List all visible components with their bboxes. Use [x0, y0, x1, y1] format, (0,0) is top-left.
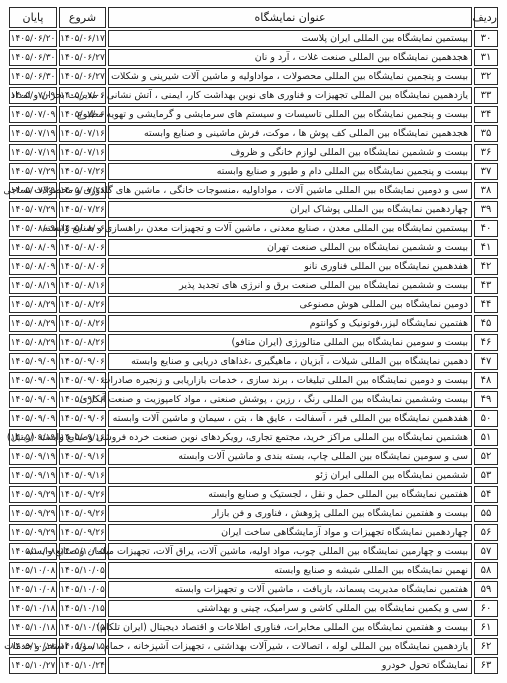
table-row: ۴۲ هفدهمین نمایشگاه بین المللی فناوری نا… — [9, 258, 498, 275]
start-date-cell: ۱۴۰۵/۰۶/۲۷ — [59, 68, 106, 85]
exhibition-title-cell: بیست وششمین نمایشگاه بین المللی رنگ ، رز… — [108, 391, 472, 408]
exhibition-title-text: بیست و هفتمین نمایشگاه بین المللی مخابرا… — [96, 622, 468, 633]
end-date-cell: ۱۴۰۵/۰۸/۰۹ — [9, 239, 57, 256]
exhibition-title-cell: بیست و هفتمین نمایشگاه بین المللی پژوهش … — [108, 505, 472, 522]
start-date-cell: ۱۴۰۵/۰۹/۱۶ — [59, 448, 106, 465]
end-date-cell: ۱۴۰۵/۰۹/۰۹ — [9, 410, 57, 427]
start-date-cell: ۱۴۰۵/۰۸/۰۶ — [59, 239, 106, 256]
exhibition-title-cell: بیست و پنجمین نمایشگاه بین المللی محصولا… — [108, 68, 472, 85]
row-number-cell: ۳۹ — [474, 201, 498, 218]
row-number-cell: ۴۳ — [474, 277, 498, 294]
end-date-cell: ۱۴۰۵/۰۹/۲۹ — [9, 505, 57, 522]
end-date-cell: ۱۴۰۵/۰۹/۲۹ — [9, 524, 57, 541]
row-number-cell: ۳۶ — [474, 144, 498, 161]
exhibition-title-cell: هفتمین نمایشگاه بین المللی حمل و نقل ، ل… — [108, 486, 472, 503]
row-number-cell: ۶۲ — [474, 638, 498, 655]
end-date-cell: ۱۴۰۵/۱۰/۱۸ — [9, 619, 57, 636]
row-number-cell: ۳۳ — [474, 87, 498, 104]
exhibition-title-text: هجدهمین نمایشگاه بین المللی کف پوش ها ، … — [144, 128, 468, 139]
row-number-cell: ۵۷ — [474, 543, 498, 560]
end-date-cell: ۱۴۰۵/۰۷/۱۹ — [9, 144, 57, 161]
end-date-cell: ۱۴۰۵/۱۰/۱۸ — [9, 600, 57, 617]
exhibition-title-cell: دهمین نمایشگاه بین المللی شیلات ، آبزیان… — [108, 353, 472, 370]
exhibition-title-cell: دومین نمایشگاه بین المللی هوش مصنوعی — [108, 296, 472, 313]
header-row: ردیف عنوان نمایشگاه شروع پایان — [9, 7, 498, 28]
row-number-cell: ۴۰ — [474, 220, 498, 237]
row-number-cell: ۵۹ — [474, 581, 498, 598]
document-page: ردیف عنوان نمایشگاه شروع پایان ۳۰ بیستمی… — [0, 0, 507, 683]
table-row: ۵۲ سی و سومین نمایشگاه بین المللی چاپ، ب… — [9, 448, 498, 465]
table-row: ۵۰ هفدهمین نمایشگاه بین المللی قیر ، آسف… — [9, 410, 498, 427]
row-number-cell: ۵۶ — [474, 524, 498, 541]
exhibition-title-cell: بیست و چهارمین نمایشگاه بین المللی چوب، … — [108, 543, 472, 560]
start-date-cell: ۱۴۰۵/۰۹/۱۶ — [59, 467, 106, 484]
exhibition-title-cell: بیست و سومین نمایشگاه بین المللی متالورژ… — [108, 334, 472, 351]
table-row: ۳۹ چهاردهمین نمایشگاه بین المللی پوشاک ا… — [9, 201, 498, 218]
end-date-cell: ۱۴۰۵/۰۸/۲۹ — [9, 315, 57, 332]
column-header-row-number: ردیف — [474, 7, 498, 28]
row-number-cell: ۳۲ — [474, 68, 498, 85]
end-date-cell: ۱۴۰۵/۰۸/۲۹ — [9, 334, 57, 351]
table-row: ۵۴ هفتمین نمایشگاه بین المللی حمل و نقل … — [9, 486, 498, 503]
exhibition-title-cell: هجدهمین نمایشگاه بین المللی صنعت غلات ، … — [108, 49, 472, 66]
row-number-cell: ۴۴ — [474, 296, 498, 313]
exhibition-title-cell: چهاردهمین نمایشگاه تجهیزات و مواد آزمایش… — [108, 524, 472, 541]
row-number-cell: ۳۸ — [474, 182, 498, 199]
row-number-cell: ۵۴ — [474, 486, 498, 503]
exhibition-title-text: بیستمین نمایشگاه بین المللی معدن ، صنایع… — [43, 223, 468, 234]
exhibition-title-text: هفتمین نمایشگاه مدیریت پسماند، بازیافت ،… — [175, 584, 468, 595]
row-number-cell: ۶۰ — [474, 600, 498, 617]
exhibition-title-cell: هفتمین نمایشگاه مدیریت پسماند، بازیافت ،… — [108, 581, 472, 598]
row-number-cell: ۵۳ — [474, 467, 498, 484]
exhibition-title-text: بیست و هفتمین نمایشگاه بین المللی پژوهش … — [212, 508, 468, 519]
row-number-cell: ۶۱ — [474, 619, 498, 636]
end-date-cell: ۱۴۰۵/۱۰/۰۸ — [9, 581, 57, 598]
row-number-cell: ۵۵ — [474, 505, 498, 522]
end-date-cell: ۱۴۰۵/۰۶/۳۰ — [9, 68, 57, 85]
row-number-cell: ۴۵ — [474, 315, 498, 332]
end-date-cell: ۱۴۰۵/۰۶/۳۰ — [9, 49, 57, 66]
end-date-cell: ۱۴۰۵/۰۸/۲۹ — [9, 296, 57, 313]
exhibitions-table: ردیف عنوان نمایشگاه شروع پایان ۳۰ بیستمی… — [7, 5, 500, 676]
exhibition-title-cell: نمایشگاه تحول خودرو — [108, 657, 472, 674]
exhibition-title-text: بیست و پنجمین نمایشگاه بین المللی محصولا… — [111, 71, 468, 82]
table-row: ۶۱ بیست و هفتمین نمایشگاه بین المللی مخا… — [9, 619, 498, 636]
exhibition-title-cell: هشتمین نمایشگاه بین المللی مراکز خرید، م… — [108, 429, 472, 446]
exhibition-title-cell: بیست و ششمین نمایشگاه بین المللی صنعت بر… — [108, 277, 472, 294]
exhibition-title-text: بیست و دومین نمایشگاه بین المللی تبلیغات… — [101, 375, 468, 386]
table-row: ۵۳ ششمین نمایشگاه بین المللی ایران ژئو ۱… — [9, 467, 498, 484]
start-date-cell: ۱۴۰۵/۰۷/۱۶ — [59, 144, 106, 161]
exhibition-title-text: بیستمین نمایشگاه بین المللی ایران پلاست — [301, 33, 468, 44]
start-date-cell: ۱۴۰۵/۱۰/۲۴ — [59, 657, 106, 674]
column-header-end-date: پایان — [9, 7, 57, 28]
exhibition-title-cell: بیست و ششمین نمایشگاه بین المللی صنعت ته… — [108, 239, 472, 256]
row-number-cell: ۶۳ — [474, 657, 498, 674]
row-number-cell: ۳۱ — [474, 49, 498, 66]
exhibition-title-text: دومین نمایشگاه بین المللی هوش مصنوعی — [299, 299, 468, 310]
exhibition-title-text: بیست و پنجمین نمایشگاه بین المللی دام و … — [217, 166, 468, 177]
exhibition-title-cell: بیست و ششمین نمایشگاه بین المللی لوازم خ… — [108, 144, 472, 161]
exhibition-title-text: بیست وششمین نمایشگاه بین المللی رنگ ، رز… — [80, 394, 468, 405]
table-row: ۳۸ سی و دومین نمایشگاه بین المللی ماشین … — [9, 182, 498, 199]
exhibition-title-cell: هجدهمین نمایشگاه بین المللی کف پوش ها ، … — [108, 125, 472, 142]
column-header-start-date: شروع — [59, 7, 106, 28]
table-row: ۴۸ بیست و دومین نمایشگاه بین المللی تبلی… — [9, 372, 498, 389]
start-date-cell: ۱۴۰۵/۰۸/۲۶ — [59, 296, 106, 313]
row-number-cell: ۵۱ — [474, 429, 498, 446]
table-row: ۵۵ بیست و هفتمین نمایشگاه بین المللی پژو… — [9, 505, 498, 522]
table-row: ۵۶ چهاردهمین نمایشگاه تجهیزات و مواد آزم… — [9, 524, 498, 541]
end-date-cell: ۱۴۰۵/۰۷/۲۹ — [9, 201, 57, 218]
table-row: ۳۷ بیست و پنجمین نمایشگاه بین المللی دام… — [9, 163, 498, 180]
exhibition-title-text: ششمین نمایشگاه بین المللی ایران ژئو — [315, 470, 468, 481]
table-row: ۴۹ بیست وششمین نمایشگاه بین المللی رنگ ،… — [9, 391, 498, 408]
end-date-cell: ۱۴۰۵/۱۰/۰۸ — [9, 562, 57, 579]
row-number-cell: ۵۰ — [474, 410, 498, 427]
exhibition-title-cell: بیست و پنجمین نمایشگاه بین المللی دام و … — [108, 163, 472, 180]
table-row: ۴۳ بیست و ششمین نمایشگاه بین المللی صنعت… — [9, 277, 498, 294]
start-date-cell: ۱۴۰۵/۱۰/۰۵ — [59, 562, 106, 579]
exhibition-title-cell: سی و سومین نمایشگاه بین المللی چاپ، بسته… — [108, 448, 472, 465]
start-date-cell: ۱۴۰۵/۰۸/۲۶ — [59, 315, 106, 332]
exhibition-title-cell: یازدهمین نمایشگاه بین المللی تجهیزات و ف… — [108, 87, 472, 104]
table-row: ۴۵ هفتمین نمایشگاه لیزر،فوتونیک و کوانتو… — [9, 315, 498, 332]
exhibition-title-cell: نهمین نمایشگاه بین المللی شیشه و صنایع و… — [108, 562, 472, 579]
exhibition-title-text: نهمین نمایشگاه بین المللی شیشه و صنایع و… — [274, 565, 468, 576]
table-row: ۴۱ بیست و ششمین نمایشگاه بین المللی صنعت… — [9, 239, 498, 256]
table-row: ۳۲ بیست و پنجمین نمایشگاه بین المللی محص… — [9, 68, 498, 85]
table-row: ۶۰ سی و یکمین نمایشگاه بین المللی کاشی و… — [9, 600, 498, 617]
start-date-cell: ۱۴۰۵/۰۹/۲۶ — [59, 524, 106, 541]
end-date-cell: ۱۴۰۵/۰۶/۲۰ — [9, 30, 57, 47]
exhibition-title-cell: ششمین نمایشگاه بین المللی ایران ژئو — [108, 467, 472, 484]
row-number-cell: ۴۸ — [474, 372, 498, 389]
exhibition-title-text: دهمین نمایشگاه بین المللی شیلات ، آبزیان… — [131, 356, 468, 367]
start-date-cell: ۱۴۰۵/۰۸/۰۶ — [59, 258, 106, 275]
row-number-cell: ۵۲ — [474, 448, 498, 465]
start-date-cell: ۱۴۰۵/۰۶/۲۷ — [59, 49, 106, 66]
table-row: ۶۳ نمایشگاه تحول خودرو ۱۴۰۵/۱۰/۲۴ ۱۴۰۵/۱… — [9, 657, 498, 674]
exhibition-title-text: چهاردهمین نمایشگاه تجهیزات و مواد آزمایش… — [221, 527, 468, 538]
table-row: ۴۴ دومین نمایشگاه بین المللی هوش مصنوعی … — [9, 296, 498, 313]
start-date-cell: ۱۴۰۵/۰۹/۰۶ — [59, 372, 106, 389]
exhibition-title-cell: سی و دومین نمایشگاه بین المللی ماشین آلا… — [108, 182, 472, 199]
row-number-cell: ۳۰ — [474, 30, 498, 47]
table-row: ۳۰ بیستمین نمایشگاه بین المللی ایران پلا… — [9, 30, 498, 47]
start-date-cell: ۱۴۰۵/۰۹/۲۶ — [59, 505, 106, 522]
start-date-cell: ۱۴۰۵/۱۰/۰۵ — [59, 581, 106, 598]
exhibition-title-text: هفتمین نمایشگاه بین المللی حمل و نقل ، ل… — [208, 489, 468, 500]
exhibition-title-cell: بیست و دومین نمایشگاه بین المللی تبلیغات… — [108, 372, 472, 389]
row-number-cell: ۴۹ — [474, 391, 498, 408]
end-date-cell: ۱۴۰۵/۰۹/۲۹ — [9, 486, 57, 503]
row-number-cell: ۴۲ — [474, 258, 498, 275]
exhibition-title-cell: هفدهمین نمایشگاه بین المللی قیر ، آسفالت… — [108, 410, 472, 427]
table-row: ۴۰ بیستمین نمایشگاه بین المللی معدن ، صن… — [9, 220, 498, 237]
exhibition-title-cell: چهاردهمین نمایشگاه بین المللی پوشاک ایرا… — [108, 201, 472, 218]
row-number-cell: ۳۵ — [474, 125, 498, 142]
exhibition-title-cell: هفدهمین نمایشگاه بین المللی فناوری نانو — [108, 258, 472, 275]
start-date-cell: ۱۴۰۵/۱۰/۱۵ — [59, 600, 106, 617]
exhibition-title-cell: سی و یکمین نمایشگاه بین المللی کاشی و سر… — [108, 600, 472, 617]
exhibition-title-cell: بیست و پنجمین نمایشگاه بین المللی تاسیسا… — [108, 106, 472, 123]
table-row: ۵۷ بیست و چهارمین نمایشگاه بین المللی چو… — [9, 543, 498, 560]
end-date-cell: ۱۴۰۵/۰۹/۱۹ — [9, 467, 57, 484]
exhibition-title-text: هفتمین نمایشگاه لیزر،فوتونیک و کوانتوم — [310, 318, 468, 329]
row-number-cell: ۴۱ — [474, 239, 498, 256]
exhibition-title-cell: بیستمین نمایشگاه بین المللی معدن ، صنایع… — [108, 220, 472, 237]
exhibition-title-text: بیست و پنجمین نمایشگاه بین المللی تاسیسا… — [77, 109, 468, 120]
table-body: ۳۰ بیستمین نمایشگاه بین المللی ایران پلا… — [9, 30, 498, 674]
end-date-cell: ۱۴۰۵/۰۷/۱۹ — [9, 125, 57, 142]
table-row: ۳۴ بیست و پنجمین نمایشگاه بین المللی تاس… — [9, 106, 498, 123]
start-date-cell: ۱۴۰۵/۰۷/۲۶ — [59, 163, 106, 180]
exhibition-title-text: بیست و سومین نمایشگاه بین المللی متالورژ… — [232, 337, 468, 348]
exhibition-title-text: بیست و ششمین نمایشگاه بین المللی صنعت ته… — [267, 242, 468, 253]
exhibition-title-text: بیست و ششمین نمایشگاه بین المللی صنعت بر… — [179, 280, 468, 291]
exhibition-title-cell: بیستمین نمایشگاه بین المللی ایران پلاست — [108, 30, 472, 47]
table-row: ۵۸ نهمین نمایشگاه بین المللی شیشه و صنای… — [9, 562, 498, 579]
start-date-cell: ۱۴۰۵/۰۷/۱۶ — [59, 125, 106, 142]
table-row: ۳۱ هجدهمین نمایشگاه بین المللی صنعت غلات… — [9, 49, 498, 66]
exhibition-title-text: هجدهمین نمایشگاه بین المللی صنعت غلات ، … — [255, 52, 468, 63]
end-date-cell: ۱۴۰۵/۰۷/۰۹ — [9, 106, 57, 123]
exhibition-title-text: بیست و ششمین نمایشگاه بین المللی لوازم خ… — [230, 147, 468, 158]
start-date-cell: ۱۴۰۵/۰۸/۱۶ — [59, 277, 106, 294]
end-date-cell: ۱۴۰۵/۱۰/۲۷ — [9, 657, 57, 674]
exhibition-title-text: سی و سومین نمایشگاه بین المللی چاپ، بسته… — [178, 451, 468, 462]
exhibition-title-cell: بیست و هفتمین نمایشگاه بین المللی مخابرا… — [108, 619, 472, 636]
column-header-exhibition-title: عنوان نمایشگاه — [108, 7, 472, 28]
table-row: ۴۷ دهمین نمایشگاه بین المللی شیلات ، آبز… — [9, 353, 498, 370]
exhibition-title-text: هفدهمین نمایشگاه بین المللی فناوری نانو — [304, 261, 468, 272]
start-date-cell: ۱۴۰۵/۰۹/۲۶ — [59, 486, 106, 503]
exhibition-title-text: چهاردهمین نمایشگاه بین المللی پوشاک ایرا… — [290, 204, 468, 215]
start-date-cell: ۱۴۰۵/۰۹/۰۶ — [59, 410, 106, 427]
end-date-cell: ۱۴۰۵/۰۹/۰۹ — [9, 391, 57, 408]
row-number-cell: ۴۶ — [474, 334, 498, 351]
exhibition-title-cell: هفتمین نمایشگاه لیزر،فوتونیک و کوانتوم — [108, 315, 472, 332]
end-date-cell: ۱۴۰۵/۰۸/۰۹ — [9, 258, 57, 275]
table-row: ۳۵ هجدهمین نمایشگاه بین المللی کف پوش ها… — [9, 125, 498, 142]
row-number-cell: ۳۷ — [474, 163, 498, 180]
end-date-cell: ۱۴۰۵/۰۹/۰۹ — [9, 353, 57, 370]
table-row: ۶۲ یازدهمین نمایشگاه بین المللی لوله ، ا… — [9, 638, 498, 655]
table-row: ۴۶ بیست و سومین نمایشگاه بین المللی متال… — [9, 334, 498, 351]
exhibition-title-cell: یازدهمین نمایشگاه بین المللی لوله ، اتصا… — [108, 638, 472, 655]
table-row: ۵۱ هشتمین نمایشگاه بین المللی مراکز خرید… — [9, 429, 498, 446]
end-date-cell: ۱۴۰۵/۰۹/۰۹ — [9, 372, 57, 389]
table-row: ۳۳ یازدهمین نمایشگاه بین المللی تجهیزات … — [9, 87, 498, 104]
start-date-cell: ۱۴۰۵/۰۶/۱۷ — [59, 30, 106, 47]
row-number-cell: ۴۷ — [474, 353, 498, 370]
exhibition-title-text: سی و یکمین نمایشگاه بین المللی کاشی و سر… — [197, 603, 468, 614]
end-date-cell: ۱۴۰۵/۰۸/۱۹ — [9, 277, 57, 294]
row-number-cell: ۵۸ — [474, 562, 498, 579]
start-date-cell: ۱۴۰۵/۰۹/۰۶ — [59, 353, 106, 370]
end-date-cell: ۱۴۰۵/۰۹/۱۹ — [9, 448, 57, 465]
exhibition-title-text: نمایشگاه تحول خودرو — [382, 660, 468, 671]
exhibition-title-text: هفدهمین نمایشگاه بین المللی قیر ، آسفالت… — [113, 413, 468, 424]
row-number-cell: ۳۴ — [474, 106, 498, 123]
start-date-cell: ۱۴۰۵/۰۷/۲۶ — [59, 201, 106, 218]
table-row: ۵۹ هفتمین نمایشگاه مدیریت پسماند، بازیاف… — [9, 581, 498, 598]
start-date-cell: ۱۴۰۵/۰۸/۲۶ — [59, 334, 106, 351]
table-row: ۳۶ بیست و ششمین نمایشگاه بین المللی لواز… — [9, 144, 498, 161]
end-date-cell: ۱۴۰۵/۰۷/۲۹ — [9, 163, 57, 180]
